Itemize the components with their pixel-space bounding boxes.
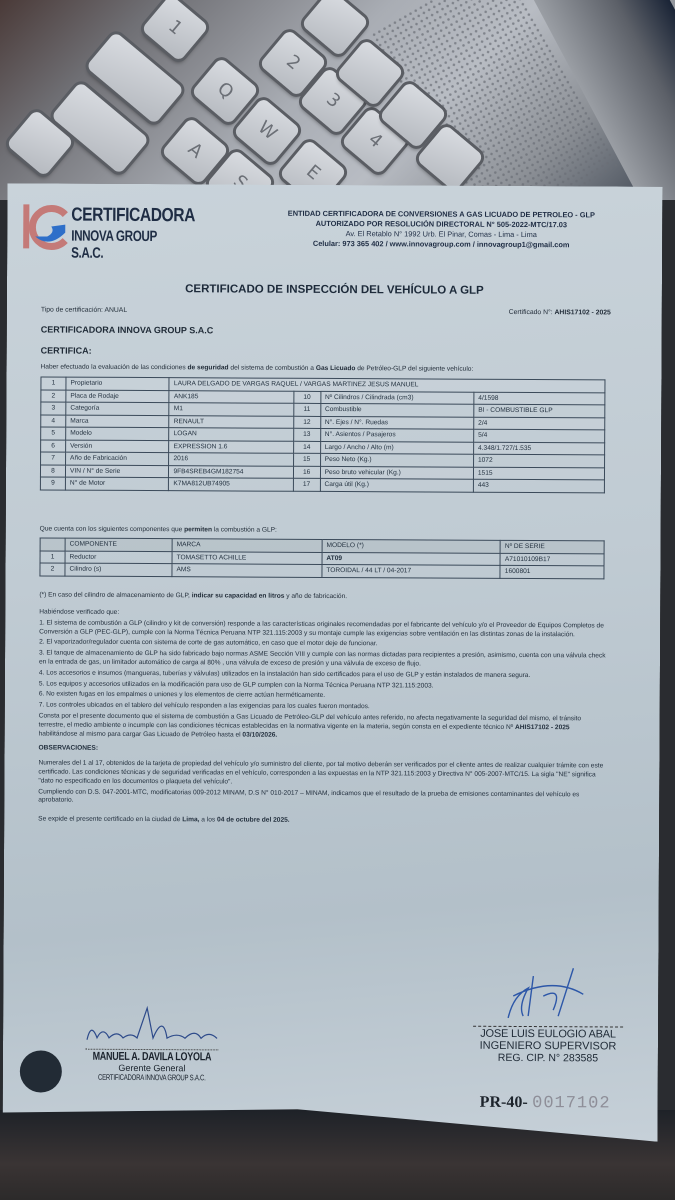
field-value: RENAULT bbox=[169, 415, 293, 428]
verification-item: 1. El sistema de combustión a GLP (cilin… bbox=[39, 619, 609, 640]
field-label: Carga útil (Kg.) bbox=[320, 478, 473, 491]
field-value: 4/1598 bbox=[474, 392, 605, 405]
entity-info: ENTIDAD CERTIFICADORA DE CONVERSIONES A … bbox=[231, 208, 651, 250]
cert-type-value: ANUAL bbox=[104, 307, 127, 314]
company-name: CERTIFICADORA INNOVA GROUP S.A.C bbox=[41, 324, 214, 335]
row-number: 3 bbox=[41, 402, 66, 415]
cylinder-note: (*) En caso del cilindro de almacenamien… bbox=[39, 591, 347, 600]
component-serial: 1600801 bbox=[500, 565, 604, 578]
form-serial-number: PR-40- 0017102 bbox=[480, 1094, 611, 1114]
verification-item: 5. Los equipos y accesorios utilizados e… bbox=[39, 680, 609, 692]
row-number: 14 bbox=[293, 441, 320, 454]
certificate-meta: Tipo de certificación: ANUAL Certificado… bbox=[41, 306, 611, 316]
certifica-heading: CERTIFICA: bbox=[41, 345, 92, 355]
field-value: 9FB4SREB4GM182754 bbox=[169, 465, 293, 478]
keyboard-key: 1 bbox=[141, 0, 209, 62]
verification-item: 2. El vaporizador/regulador cuenta con s… bbox=[39, 639, 609, 651]
entity-contact: Celular: 973 365 402 / www.innovagroup.c… bbox=[231, 238, 651, 250]
components-intro: Que cuenta con los siguientes componente… bbox=[40, 525, 277, 533]
field-label: Modelo bbox=[66, 427, 170, 440]
signature-supervisor: JOSE LUIS EULOGIO ABAL INGENIERO SUPERVI… bbox=[473, 966, 624, 1065]
field-label: Placa de Rodaje bbox=[66, 390, 170, 403]
signer-name: MANUEL A. DAVILA LOYOLA bbox=[86, 1049, 219, 1064]
row-number: 8 bbox=[40, 464, 65, 477]
field-label: N°. Ejes / N°. Ruedas bbox=[320, 416, 473, 429]
laptop-keyboard-background: 1 2 3 4 Q W E A S bbox=[0, 0, 675, 200]
ig-logo-icon bbox=[21, 202, 69, 252]
component-model: AT09 bbox=[322, 552, 501, 565]
components-table: COMPONENTE MARCA MODELO (*) Nº DE SERIE … bbox=[39, 537, 604, 578]
table-row: 9N° de MotorK7MA812UB7490517Carga útil (… bbox=[40, 477, 604, 492]
row-number: 4 bbox=[41, 414, 66, 427]
field-label: Versión bbox=[66, 440, 170, 453]
field-value: 1515 bbox=[473, 467, 604, 480]
handwritten-signature-icon bbox=[67, 1004, 237, 1045]
field-value: M1 bbox=[169, 403, 293, 416]
row-number: 6 bbox=[41, 439, 66, 452]
signer-organization: CERTIFICADORA INNOVA GROUP S.A.C. bbox=[88, 1073, 216, 1083]
field-label: Categoría bbox=[66, 402, 170, 415]
component-model: TOROIDAL / 44 LT / 04-2017 bbox=[322, 564, 501, 577]
field-value: LOGAN bbox=[169, 428, 293, 441]
signer-role: INGENIERO SUPERVISOR bbox=[473, 1040, 623, 1053]
component-component: Reductor bbox=[65, 551, 172, 564]
row-number: 5 bbox=[41, 427, 66, 440]
component-serial: A71010109B17 bbox=[500, 553, 604, 566]
field-label: Combustible bbox=[320, 403, 473, 416]
signer-name: JOSE LUIS EULOGIO ABAL bbox=[473, 1026, 623, 1041]
field-label: N° de Motor bbox=[65, 477, 169, 490]
row-number: 7 bbox=[41, 452, 66, 465]
field-value: 443 bbox=[473, 479, 604, 492]
certificate-document: CERTIFICADORA INNOVA GROUP S.A.C. ENTIDA… bbox=[3, 183, 663, 1141]
serial-prefix: PR-40- bbox=[480, 1094, 528, 1111]
row-number: 11 bbox=[293, 403, 320, 416]
verification-item: 3. El tanque de almacenamiento de GLP ha… bbox=[39, 650, 609, 671]
field-label: Largo / Ancho / Alto (m) bbox=[320, 441, 473, 454]
component-brand: AMS bbox=[172, 564, 322, 577]
cert-number: Certificado N°: AHIS17102 - 2025 bbox=[509, 309, 611, 317]
issue-statement: Se expide el presente certificado en la … bbox=[38, 816, 608, 828]
observations-title: OBSERVACIONES: bbox=[39, 745, 609, 757]
field-label: Año de Fabricación bbox=[66, 452, 170, 465]
field-label: Peso bruto vehicular (Kg.) bbox=[320, 466, 473, 479]
evaluation-intro: Haber efectuado la evaluación de las con… bbox=[41, 363, 474, 372]
row-number: 13 bbox=[293, 428, 320, 441]
cert-number-label: Certificado N°: bbox=[509, 309, 553, 316]
owner-label: Propietario bbox=[66, 377, 170, 390]
row-number: 10 bbox=[293, 391, 320, 404]
logo-text-innova: INNOVA GROUP S.A.C. bbox=[71, 228, 169, 263]
logo-text-certificadora: CERTIFICADORA bbox=[71, 205, 195, 228]
row-number: 12 bbox=[293, 416, 320, 429]
verification-item: 6. No existen fugas en los empalmes o un… bbox=[39, 691, 609, 703]
field-value: 2016 bbox=[169, 453, 293, 466]
conclusion-text: Consta por el presente documento que el … bbox=[39, 712, 609, 741]
row-number: 9 bbox=[40, 477, 65, 490]
component-component: Cilindro (s) bbox=[65, 563, 172, 576]
signature-general-manager: MANUEL A. DAVILA LOYOLA Gerente General … bbox=[67, 1004, 237, 1083]
table-row: 2Cilindro (s)AMSTOROIDAL / 44 LT / 04-20… bbox=[40, 563, 604, 578]
field-value: 5/4 bbox=[474, 429, 605, 442]
serial-number: 0017102 bbox=[532, 1094, 611, 1113]
verification-item: 4. Los accesorios e insumos (mangueras, … bbox=[39, 669, 609, 681]
field-value: 2/4 bbox=[474, 417, 605, 430]
document-header: CERTIFICADORA INNOVA GROUP S.A.C. ENTIDA… bbox=[21, 198, 651, 261]
stamp-mark bbox=[20, 1050, 62, 1092]
observations-paragraph-2: Cumpliendo con D.S. 047-2001-MTC, modifi… bbox=[38, 788, 608, 809]
company-logo: CERTIFICADORA INNOVA GROUP S.A.C. bbox=[21, 198, 196, 255]
vehicle-data-table: 1 Propietario LAURA DELGADO DE VARGAS RA… bbox=[40, 376, 606, 492]
component-brand: TOMASETTO ACHILLE bbox=[172, 551, 322, 564]
verification-intro: Habiéndose verificado que: bbox=[39, 608, 609, 620]
keyboard: 1 2 3 4 Q W E A S bbox=[0, 0, 675, 200]
row-number: 2 bbox=[41, 389, 66, 402]
component-n: 1 bbox=[40, 550, 65, 563]
field-value: BI - COMBUSTIBLE GLP bbox=[474, 404, 605, 417]
verification-list: 1. El sistema de combustión a GLP (cilin… bbox=[39, 619, 609, 713]
verification-section: Habiéndose verificado que: 1. El sistema… bbox=[38, 608, 609, 829]
field-value: 4.348/1.727/1.535 bbox=[473, 442, 604, 455]
row-number: 17 bbox=[293, 478, 320, 491]
row-number: 15 bbox=[293, 453, 320, 466]
field-label: Peso Neto (Kg.) bbox=[320, 453, 473, 466]
cert-number-value: AHIS17102 - 2025 bbox=[555, 309, 611, 316]
signer-registration: REG. CIP. N° 283585 bbox=[473, 1052, 623, 1065]
field-value: ANK185 bbox=[169, 390, 293, 403]
field-label: Nº Cilindros / Cilindrada (cm3) bbox=[320, 391, 473, 404]
field-label: Marca bbox=[66, 415, 170, 428]
field-value: 1072 bbox=[473, 454, 604, 467]
field-value: K7MA812UB74905 bbox=[169, 478, 293, 491]
handwritten-signature-icon bbox=[473, 966, 623, 1022]
observations-paragraph-1: Numerales del 1 al 17, obtenidos de la t… bbox=[38, 760, 608, 789]
field-value: EXPRESSION 1.6 bbox=[169, 440, 293, 453]
cert-type-label: Tipo de certificación: bbox=[41, 306, 103, 313]
field-label: N°. Asientos / Pasajeros bbox=[320, 428, 473, 441]
component-n: 2 bbox=[40, 563, 65, 576]
field-label: VIN / N° de Serie bbox=[65, 465, 169, 478]
verification-item: 7. Los controles ubicados en el tablero … bbox=[39, 702, 609, 714]
document-title: CERTIFICADO DE INSPECCIÓN DEL VEHÍCULO A… bbox=[7, 282, 662, 297]
row-number: 16 bbox=[293, 466, 320, 479]
